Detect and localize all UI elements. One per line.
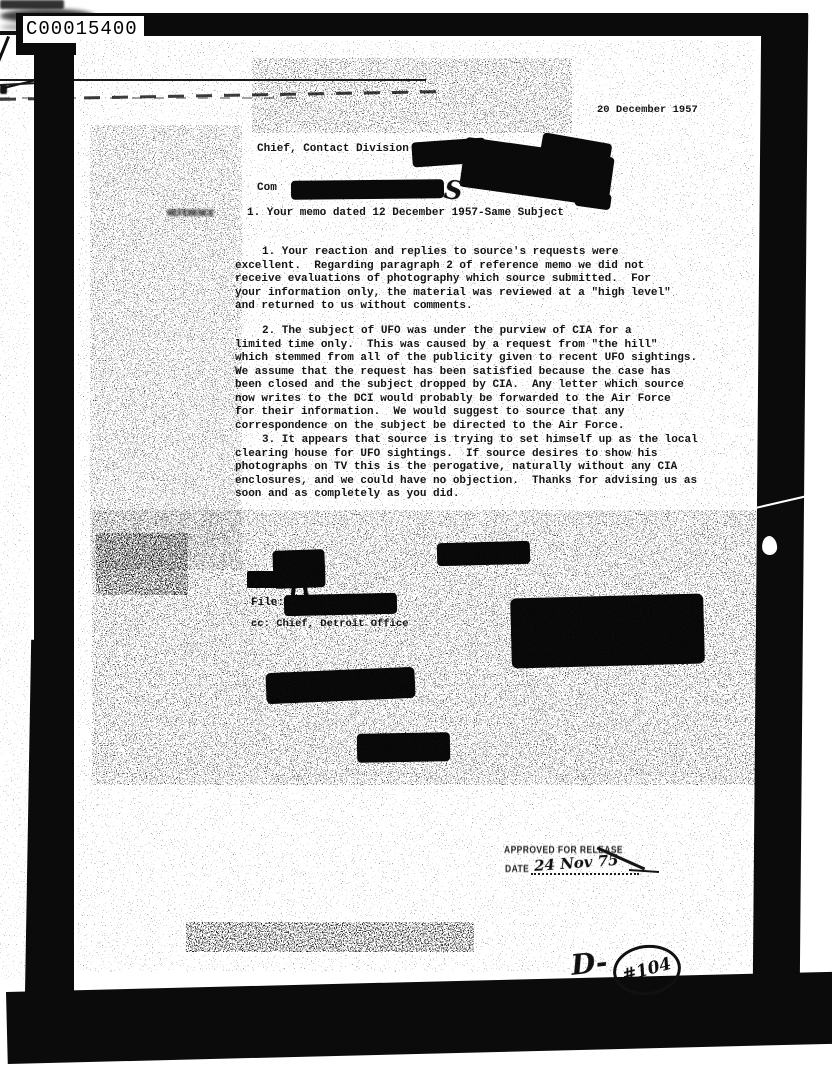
release-stamp: APPROVED FOR RELEASE DATE 24 Nov 75	[503, 843, 683, 893]
body-line: excellent. Regarding paragraph 2 of refe…	[235, 260, 735, 274]
body-line: soon and as completely as you did.	[235, 488, 735, 502]
paragraph-3: 3. It appears that source is trying to s…	[235, 434, 735, 502]
scanned-memo-page: C00015400 20 December 1957 Chief, Contac…	[0, 0, 832, 1080]
body-line: 3. It appears that source is trying to s…	[235, 434, 735, 448]
redaction-signature-2	[247, 571, 279, 588]
redaction-bar-file	[284, 593, 397, 616]
body-line: We assume that the request has been sati…	[235, 366, 735, 380]
document-number: #104	[620, 954, 673, 986]
cc-line: cc: Chief, Detroit Office	[251, 618, 409, 632]
body-line: photographs on TV this is the perogative…	[235, 461, 735, 475]
document-id: C00015400	[26, 18, 138, 40]
body-line: 1. Your reaction and replies to source's…	[235, 246, 735, 260]
body-line: limited time only. This was caused by a …	[235, 339, 735, 353]
smudged-label	[0, 0, 64, 9]
redaction-block-large	[510, 593, 705, 668]
stamp-date-label: DATE	[505, 864, 529, 875]
scan-noise-overlay	[186, 922, 474, 952]
body-line: been closed and the subject dropped by C…	[235, 379, 735, 393]
document-id-box: C00015400	[23, 16, 144, 43]
body-line: clearing house for UFO sightings. If sou…	[235, 448, 735, 462]
body-line: 2. The subject of UFO was under the purv…	[235, 325, 735, 339]
handwritten-d-mark: D-	[569, 945, 609, 982]
pen-stroke	[0, 35, 10, 71]
scan-noise-overlay	[90, 125, 242, 570]
redaction-bar-right	[437, 541, 531, 566]
reference-text: 1. Your memo dated 12 December 1957-Same…	[247, 207, 564, 221]
body-line: correspondence on the subject be directe…	[235, 420, 735, 434]
paragraph-1: 1. Your reaction and replies to source's…	[235, 246, 735, 314]
redaction-bar-from	[291, 179, 444, 200]
scan-border-left-2	[25, 640, 69, 1003]
memo-from-label: Com	[257, 182, 277, 196]
memo-date: 20 December 1957	[597, 104, 698, 118]
body-line: enclosures, and we could have no objecti…	[235, 475, 735, 489]
body-line: now writes to the DCI would probably be …	[235, 393, 735, 407]
redaction-bar-low	[357, 732, 450, 763]
body-line: which stemmed from all of the publicity …	[235, 352, 735, 366]
body-line: for their information. We would suggest …	[235, 406, 735, 420]
redaction-bar-mid	[265, 667, 415, 704]
reference-label: REFERENCE	[167, 208, 214, 222]
scan-noise-overlay	[96, 533, 188, 595]
scan-noise-overlay	[0, 60, 30, 980]
paragraph-2: 2. The subject of UFO was under the purv…	[235, 325, 735, 433]
pen-mark-s: S	[442, 175, 465, 207]
body-line: your information only, the material was …	[235, 287, 735, 301]
memo-to-line: Chief, Contact Division	[257, 143, 409, 157]
body-line: receive evaluations of photography which…	[235, 273, 735, 287]
body-line: and returned to us without comments.	[235, 300, 735, 314]
ink-speck	[0, 85, 7, 94]
file-label: File:	[251, 597, 284, 611]
scan-border-bottom	[6, 972, 832, 1064]
redaction-signature	[272, 549, 325, 589]
